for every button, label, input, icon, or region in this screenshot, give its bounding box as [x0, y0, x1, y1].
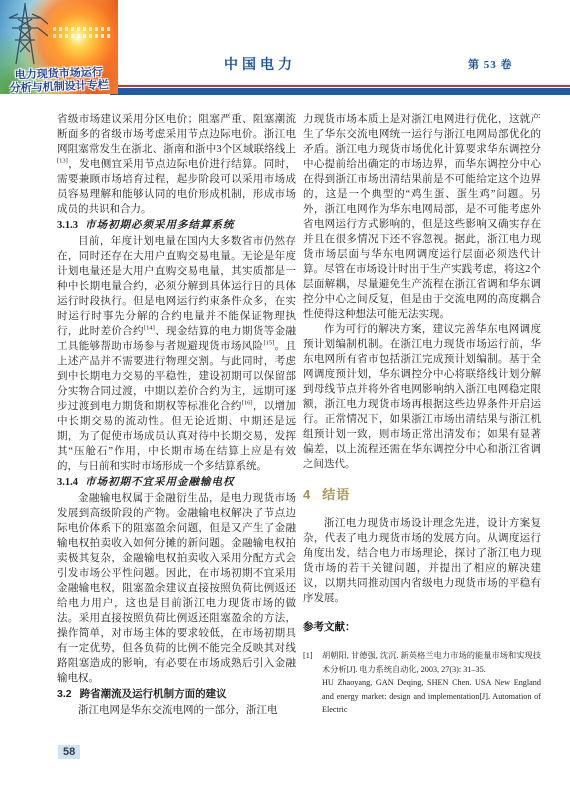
heading-3-1-4: 3.1.4市场初期不宜采用金融输电权	[57, 475, 296, 490]
reference-marker: [1]	[303, 649, 313, 663]
volume-label: 第 53 卷	[468, 56, 528, 72]
banner-masthead-decoration	[53, 27, 113, 41]
reference-english: HU Zhaoyang, GAN Deqing, SHEN Chen. USA …	[322, 676, 541, 717]
left-column: 省级市场建议采用分区电价；阻塞严重、阻塞潮流断面多的省级市场考虑采用节点边际电价…	[57, 112, 296, 718]
journal-title: 中国电力	[205, 54, 315, 74]
heading-number: 3.2	[57, 688, 72, 700]
page-number-badge: 58	[58, 745, 80, 759]
reference-item: [1] 胡朝阳, 甘德强, 沈沉. 新英格兰电力市场的能量市场和实现技术分析[J…	[303, 649, 541, 717]
banner-caption: 电力现货市场运行 分析与机制设计专栏	[0, 66, 118, 96]
header-rule-blue	[110, 88, 570, 95]
heading-4-conclusion: 4结语	[303, 487, 541, 502]
paragraph-multi-settlement: 目前，年度计划电量在国内大多数省市仍然存在，同时还存在大用户直购交易电量。无论是…	[57, 234, 296, 474]
paragraph-ftr: 金融输电权属于金融衍生品，是电力现货市场发展到高级阶段的产物。金融输电权解决了节…	[57, 491, 296, 686]
banner-caption-line2: 分析与机制设计专栏	[0, 79, 118, 96]
journal-page: 电力现货市场运行 分析与机制设计专栏 中国电力 第 53 卷 省级市场建议采用分…	[0, 0, 570, 800]
heading-title: 市场初期必须采用多结算系统	[85, 220, 235, 231]
references-label: 参考文献：	[303, 620, 541, 635]
heading-3-2: 3.2跨省潮流及运行机制方面的建议	[57, 687, 296, 702]
paragraph-conclusion: 浙江电力现货市场设计理念先进，设计方案复杂，代表了电力现货市场的发展方向。从调度…	[303, 516, 541, 606]
paragraph-solution: 作为可行的解决方案，建议完善华东电网调度预计划编制机制。在浙江电力现货市场运行前…	[303, 322, 541, 472]
paragraph-interprov-start: 浙江电网是华东交流电网的一部分，浙江电	[57, 703, 296, 718]
heading-title: 市场初期不宜采用金融输电权	[85, 477, 235, 488]
header-rule-red	[100, 85, 570, 87]
column-banner-logo: 电力现货市场运行 分析与机制设计专栏	[0, 0, 118, 94]
heading-3-1-3: 3.1.3市场初期必须采用多结算系统	[57, 218, 296, 233]
reference-chinese: 胡朝阳, 甘德强, 沈沉. 新英格兰电力市场的能量市场和实现技术分析[J]. 电…	[322, 649, 541, 676]
right-column: 力现货市场本质上是对浙江电网进行优化，这就产生了华东交流电网统一运行与浙江电网局…	[303, 112, 541, 717]
transmission-tower-icon	[2, 2, 48, 68]
heading-number: 4	[303, 487, 311, 502]
heading-number: 3.1.4	[57, 477, 78, 488]
heading-title: 结语	[322, 487, 350, 502]
heading-number: 3.1.3	[57, 220, 78, 231]
paragraph-interprov-continuation: 力现货市场本质上是对浙江电网进行优化，这就产生了华东交流电网统一运行与浙江电网局…	[303, 112, 541, 322]
paragraph-pricing-continuation: 省级市场建议采用分区电价；阻塞严重、阻塞潮流断面多的省级市场考虑采用节点边际电价…	[57, 112, 296, 217]
heading-title: 跨省潮流及运行机制方面的建议	[80, 688, 227, 700]
